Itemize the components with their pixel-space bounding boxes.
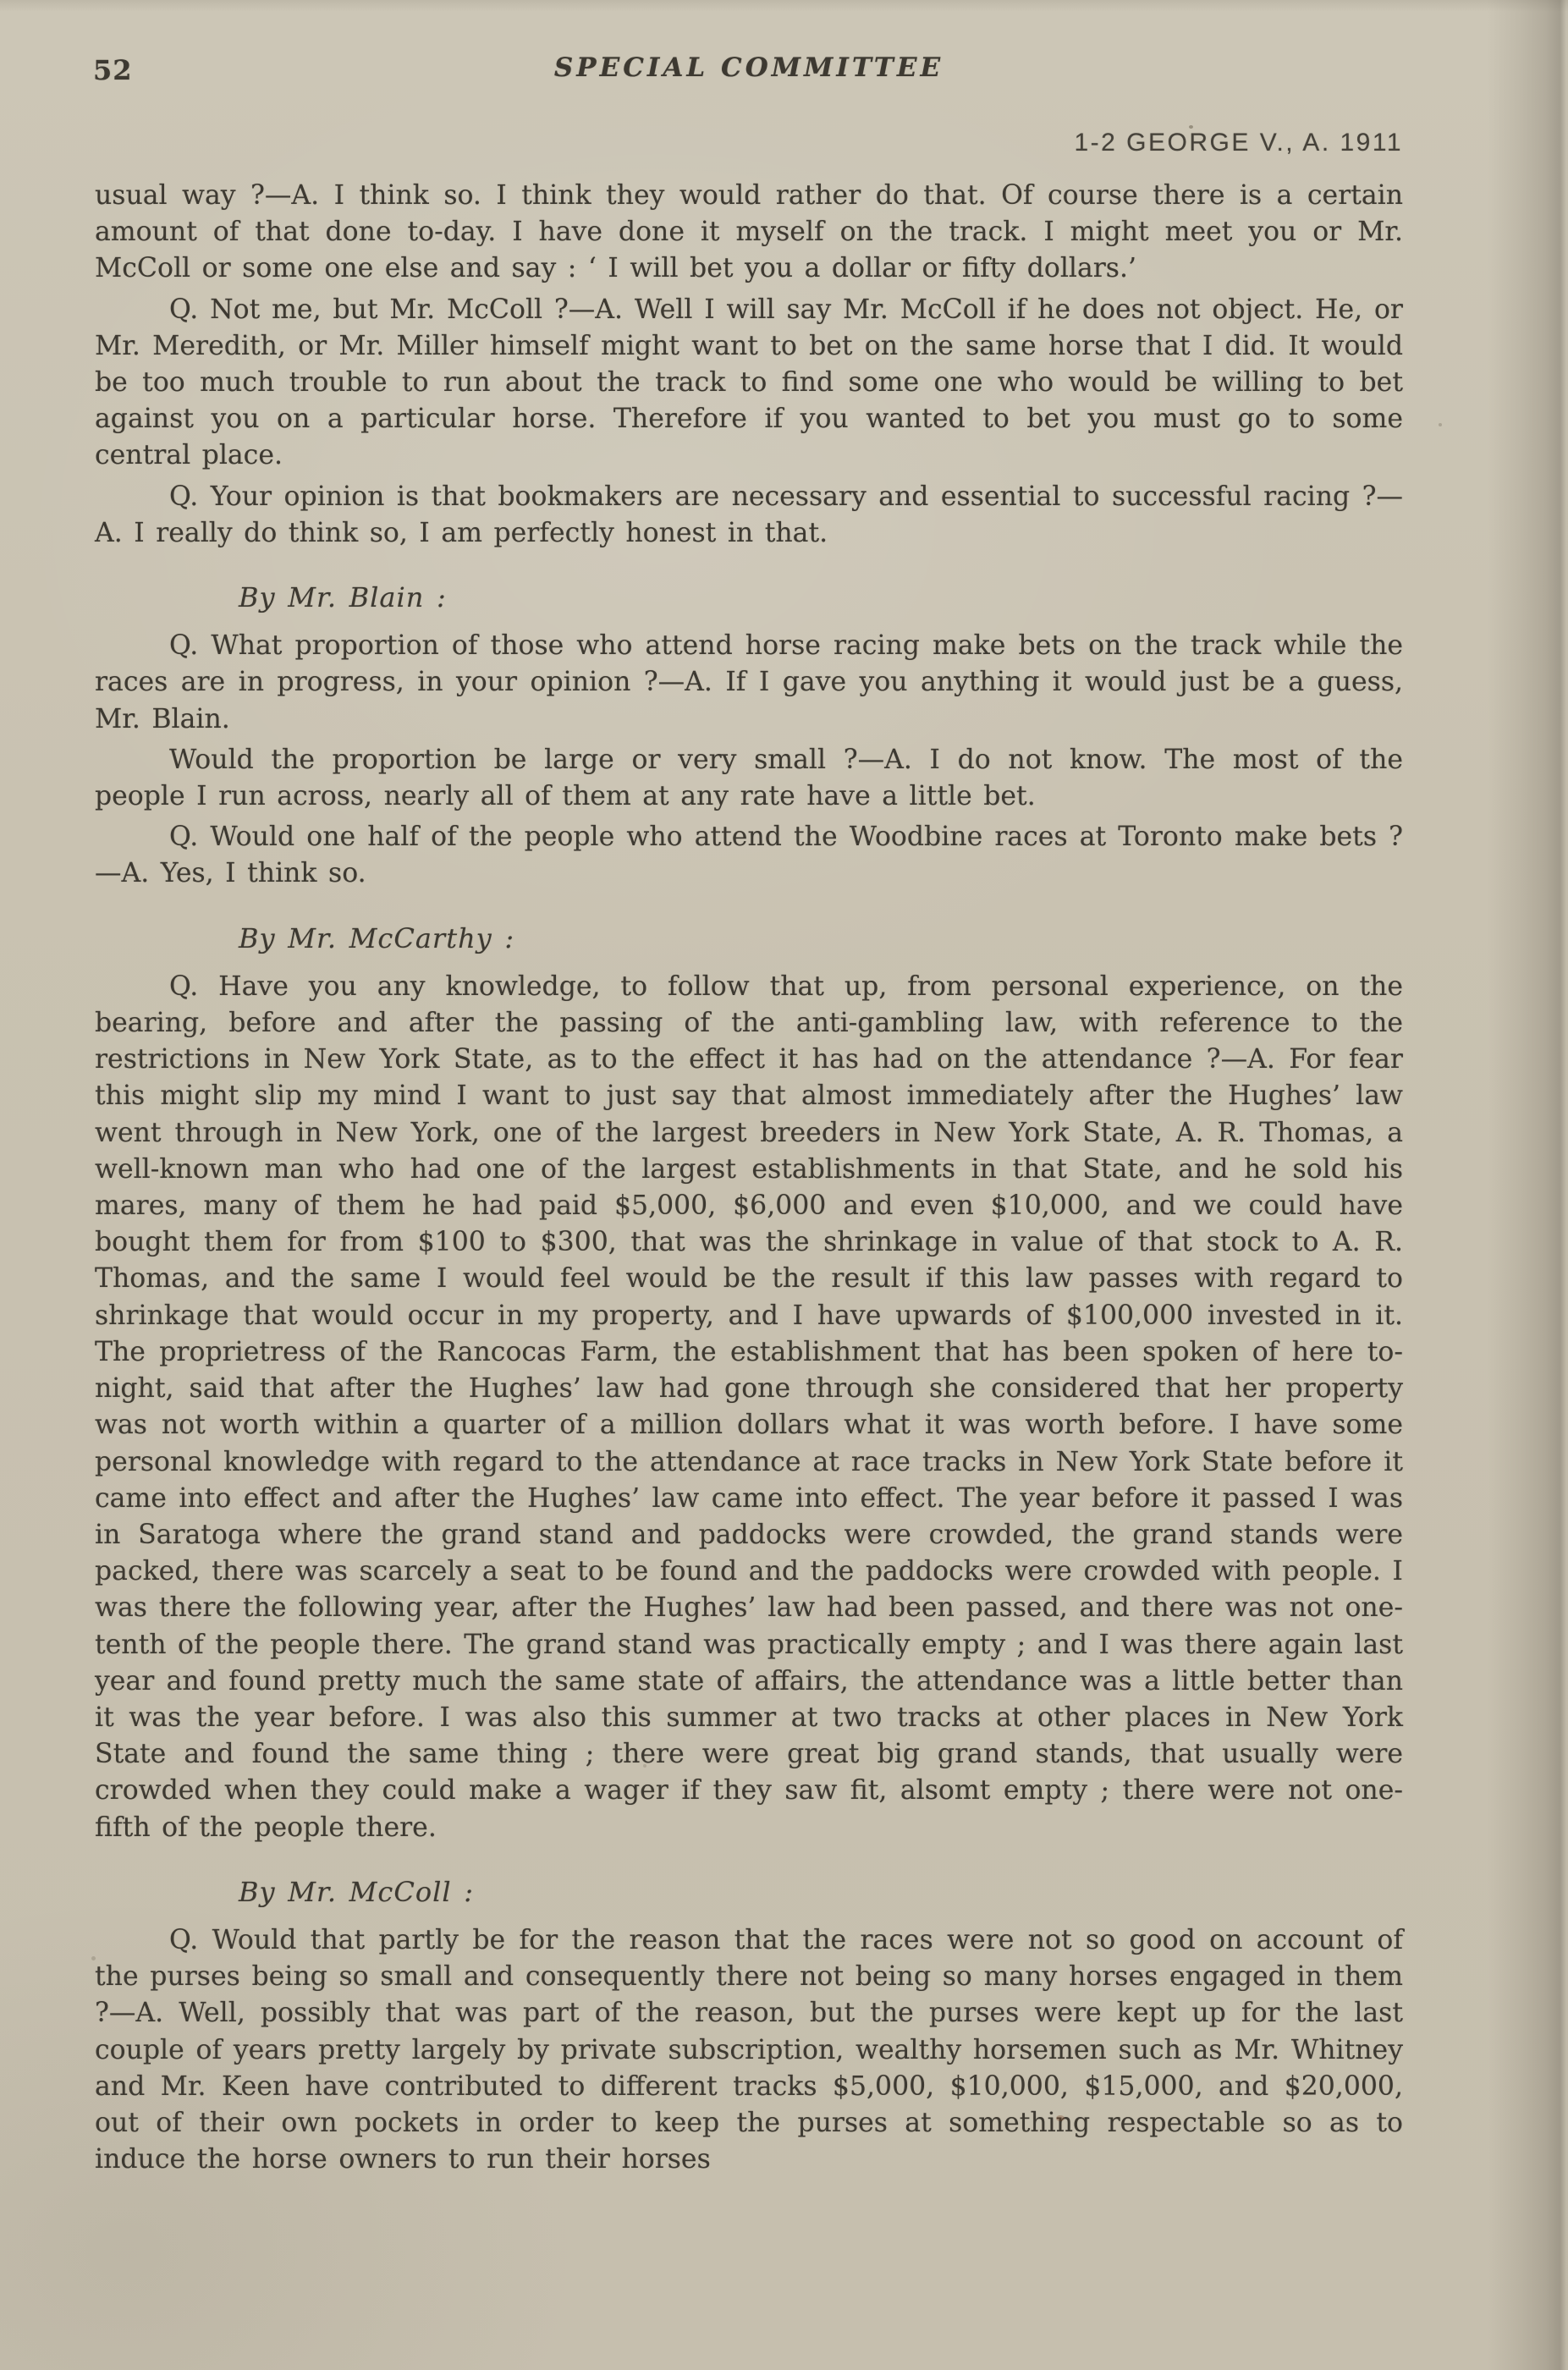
section-heading-mccoll: By Mr. McColl : [239, 1874, 1403, 1911]
qa-paragraph: Q. Would one half of the people who atte… [95, 819, 1403, 892]
qa-paragraph: Q. Your opinion is that bookmakers are n… [95, 479, 1403, 552]
qa-paragraph: Q. What proportion of those who attend h… [95, 628, 1403, 738]
page-edge-shadow [0, 0, 1568, 12]
qa-paragraph: Q. Not me, but Mr. McColl ?—A. Well I wi… [95, 292, 1403, 475]
session-citation: 1-2 GEORGE V., A. 1911 [95, 129, 1403, 157]
section-heading-mccarthy: By Mr. McCarthy : [239, 921, 1403, 957]
section-heading-blain: By Mr. Blain : [239, 580, 1403, 616]
paragraph-continuation: usual way ?—A. I think so. I think they … [95, 178, 1403, 288]
scanned-document-page: 52 SPECIAL COMMITTEE 1-2 GEORGE V., A. 1… [0, 0, 1568, 2370]
transcript-body: usual way ?—A. I think so. I think they … [95, 178, 1403, 2182]
qa-paragraph: Would the proportion be large or very sm… [95, 742, 1403, 815]
qa-paragraph: Q. Would that partly be for the reason t… [95, 1922, 1403, 2178]
paper-speck [1439, 423, 1442, 426]
running-header: SPECIAL COMMITTEE [95, 52, 1403, 83]
qa-paragraph: Q. Have you any knowledge, to follow tha… [95, 969, 1403, 1846]
page-gutter-shadow [1488, 0, 1568, 2370]
